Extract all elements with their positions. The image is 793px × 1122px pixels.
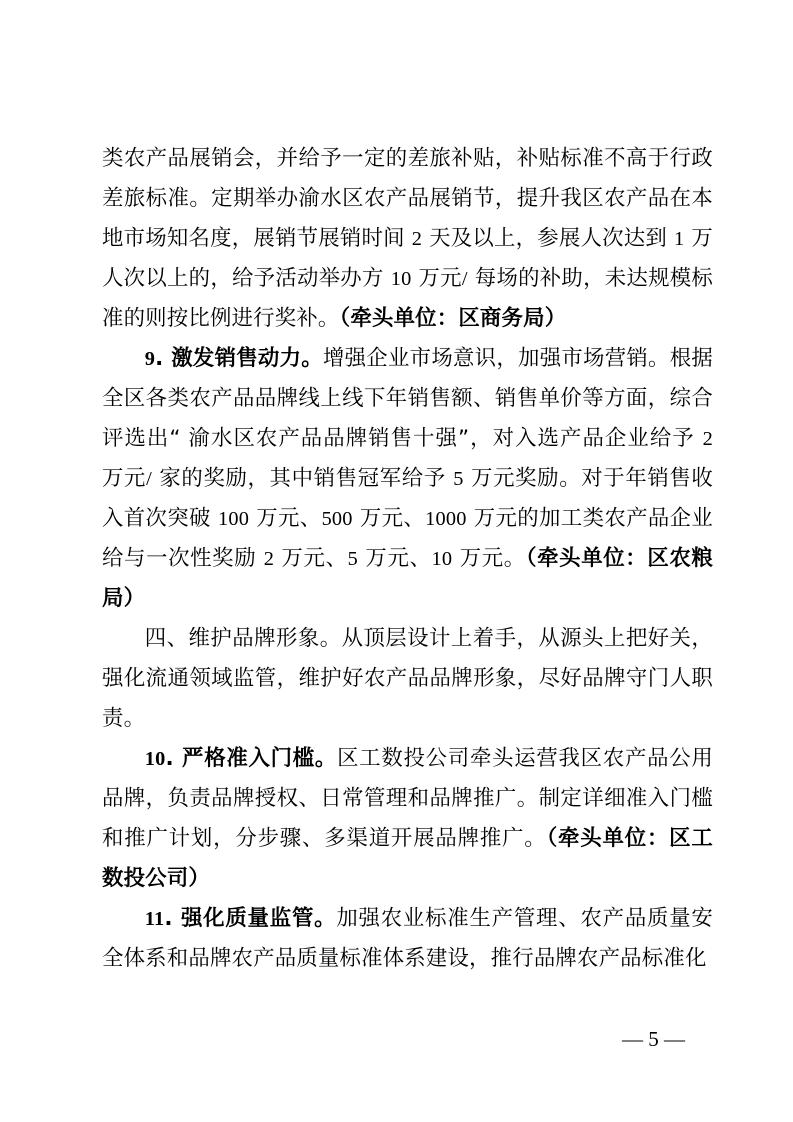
page-number: — 5 — — [0, 1026, 685, 1052]
numeral: 2 — [264, 548, 274, 570]
bold-text-segment: 10. 严格准入门槛。 — [145, 746, 337, 771]
paragraph: 11. 强化质量监管。加强农业标准生产管理、农产品质量安全体系和品牌农产品质量标… — [102, 899, 713, 979]
bold-text-segment: 9. 激发销售动力。 — [145, 346, 323, 371]
bold-text-segment: （牵头单位：区商务局） — [340, 306, 567, 331]
text-segment: 类农产品展销会，并给予一定的差旅补贴，补贴标准不高于行政差旅标准。定期举办渝水区… — [102, 146, 713, 331]
document-page: 类农产品展销会，并给予一定的差旅补贴，补贴标准不高于行政差旅标准。定期举办渝水区… — [0, 0, 793, 1122]
numeral: 2 — [412, 228, 422, 250]
bold-text-segment: 11. 强化质量监管。 — [145, 906, 337, 931]
document-body: 类农产品展销会，并给予一定的差旅补贴，补贴标准不高于行政差旅标准。定期举办渝水区… — [102, 139, 713, 979]
numeral: 9 — [145, 348, 155, 370]
numeral: / — [146, 468, 152, 490]
numeral: 1 — [674, 228, 684, 250]
numeral: 5 — [348, 548, 358, 570]
numeral: 10 — [391, 268, 412, 290]
numeral: 10 — [432, 548, 453, 570]
numeral: 11 — [145, 908, 165, 930]
text-segment: 四、维护品牌形象。从顶层设计上着手，从源头上把好关，强化流通领域监管，维护好农产… — [102, 626, 713, 731]
numeral: 10 — [145, 748, 166, 770]
numeral: 500 — [322, 508, 353, 530]
paragraph: 类农产品展销会，并给予一定的差旅补贴，补贴标准不高于行政差旅标准。定期举办渝水区… — [102, 139, 713, 339]
paragraph: 10. 严格准入门槛。区工数投公司牵头运营我区农产品公用品牌，负责品牌授权、日常… — [102, 739, 713, 899]
paragraph: 四、维护品牌形象。从顶层设计上着手，从源头上把好关，强化流通领域监管，维护好农产… — [102, 619, 713, 739]
numeral: 2 — [703, 428, 713, 450]
numeral: 5 — [453, 468, 463, 490]
text-segment: 增强企业市场意识，加强市场营销。根据全区各类农产品品牌线上线下年销售额、销售单价… — [102, 346, 713, 571]
numeral: 1000 — [425, 508, 466, 530]
numeral: 100 — [218, 508, 249, 530]
paragraph: 9. 激发销售动力。增强企业市场意识，加强市场营销。根据全区各类农产品品牌线上线… — [102, 339, 713, 619]
numeral: / — [462, 268, 468, 290]
